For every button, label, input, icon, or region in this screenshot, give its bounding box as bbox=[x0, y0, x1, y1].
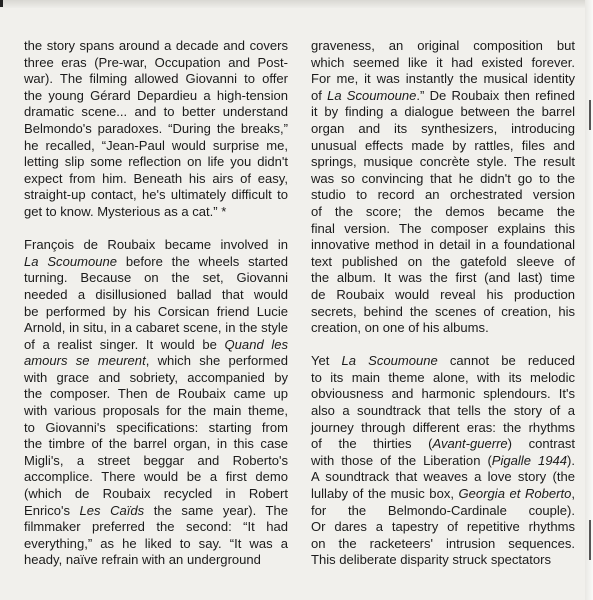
edge-mark bbox=[589, 100, 591, 130]
text-line: lullaby of the music box, Georgia et Rob… bbox=[311, 486, 575, 503]
text-line: straight-up contact, he's ultimately dif… bbox=[24, 187, 288, 204]
text-line: the timbre of the barrel organ, in this … bbox=[24, 436, 288, 453]
paragraph: François de Roubaix became involved inLa… bbox=[24, 237, 288, 569]
scan-left-edge bbox=[0, 0, 3, 7]
text-line: Belmondo's paradoxes. “During the breaks… bbox=[24, 121, 288, 138]
text-line: be performed by his Corsican friend Luci… bbox=[24, 304, 288, 321]
text-line: with those of the Liberation (Pigalle 19… bbox=[311, 453, 575, 470]
text-line: turning. Because on the set, Giovanni bbox=[24, 270, 288, 287]
paragraph-gap bbox=[24, 221, 288, 238]
text-line: studio to record an orchestrated version bbox=[311, 187, 575, 204]
text-line: with grace and sobriety, accompanied by bbox=[24, 370, 288, 387]
text-line: needed a disillusioned ballad that would bbox=[24, 287, 288, 304]
text-line: expect from him. Beneath his airs of eas… bbox=[24, 171, 288, 188]
text-line: also a soundtrack that tells the story o… bbox=[311, 403, 575, 420]
text-line: Migli's, a street beggar and Roberto's bbox=[24, 453, 288, 470]
paragraph: Yet La Scoumoune cannot be reducedto its… bbox=[311, 353, 575, 569]
text-line: three eras (Pre-war, Occupation and Post… bbox=[24, 55, 288, 72]
text-line: everything,” as he liked to say. “It was… bbox=[24, 536, 288, 553]
text-line: the album. It was the first (and last) t… bbox=[311, 270, 575, 287]
text-line: the composer. Then de Roubaix came up bbox=[24, 386, 288, 403]
text-line: he recalled, “Jean-Paul would surprise m… bbox=[24, 138, 288, 155]
text-line: Or dares a tapestry of repetitive rhythm… bbox=[311, 519, 575, 536]
text-line: Enrico's Les Caïds the same year). The bbox=[24, 503, 288, 520]
text-line: journey through different eras: the rhyt… bbox=[311, 420, 575, 437]
text-line: Arnold, in situ, in a cabaret scene, in … bbox=[24, 320, 288, 337]
text-line: obviousness and harmonic splendours. It'… bbox=[311, 386, 575, 403]
text-line: unusual effects made by rattles, files a… bbox=[311, 138, 575, 155]
text-line: secrets, behind the scenes of creation, … bbox=[311, 304, 575, 321]
text-line: amours se meurent, which she performed bbox=[24, 353, 288, 370]
text-line: get to know. Mysterious as a cat.” * bbox=[24, 204, 288, 221]
text-line: dramatic scene... and to better understa… bbox=[24, 104, 288, 121]
text-line: it by finding a dialogue between the bar… bbox=[311, 104, 575, 121]
paragraph-gap bbox=[311, 337, 575, 354]
text-line: final version. The composer explains thi… bbox=[311, 221, 575, 238]
text-line: Yet La Scoumoune cannot be reduced bbox=[311, 353, 575, 370]
text-line: of the score; the demos became the bbox=[311, 204, 575, 221]
text-line: accomplice. There would be a first demo bbox=[24, 469, 288, 486]
text-line: for the Belmondo-Cardinale couple). bbox=[311, 503, 575, 520]
right-column: graveness, an original composition butwh… bbox=[311, 38, 575, 569]
text-line: François de Roubaix became involved in bbox=[24, 237, 288, 254]
scan-top-shadow bbox=[0, 0, 593, 8]
text-line: de Roubaix would reveal his production bbox=[311, 287, 575, 304]
text-line: of the thirties (Avant-guerre) contrast bbox=[311, 436, 575, 453]
text-line: of a realist singer. It would be Quand l… bbox=[24, 337, 288, 354]
left-column: the story spans around a decade and cove… bbox=[24, 38, 288, 569]
text-line: on the racketeers' intrusion sequences. bbox=[311, 536, 575, 553]
text-line: innovative method in detail in a foundat… bbox=[311, 237, 575, 254]
text-line: letting slip some reflection on life you… bbox=[24, 154, 288, 171]
text-line: with various proposals for the main them… bbox=[24, 403, 288, 420]
text-line: to its main theme alone, with its melodi… bbox=[311, 370, 575, 387]
text-line: La Scoumoune before the wheels started bbox=[24, 254, 288, 271]
paragraph: the story spans around a decade and cove… bbox=[24, 38, 288, 221]
text-line: of La Scoumoune.” De Roubaix then refine… bbox=[311, 88, 575, 105]
text-line: organ and its synthesizers, introducing bbox=[311, 121, 575, 138]
text-line: (which de Roubaix recycled in Robert bbox=[24, 486, 288, 503]
text-line: graveness, an original composition but bbox=[311, 38, 575, 55]
text-line: heady, naïve refrain with an underground bbox=[24, 552, 288, 569]
text-line: the story spans around a decade and cove… bbox=[24, 38, 288, 55]
text-line: text published on the gatefold sleeve of bbox=[311, 254, 575, 271]
text-line: the young Gérard Depardieu a high-tensio… bbox=[24, 88, 288, 105]
text-line: was so convincing that he didn't go to t… bbox=[311, 171, 575, 188]
paragraph: graveness, an original composition butwh… bbox=[311, 38, 575, 337]
scan-right-edge bbox=[585, 0, 593, 600]
edge-mark bbox=[589, 520, 591, 560]
text-line: which seemed like it had existed forever… bbox=[311, 55, 575, 72]
text-line: This deliberate disparity struck spectat… bbox=[311, 552, 575, 569]
text-line: For me, it was instantly the musical ide… bbox=[311, 71, 575, 88]
text-line: creation, on one of his albums. bbox=[311, 320, 575, 337]
text-line: springs, musique concrète style. The res… bbox=[311, 154, 575, 171]
text-line: A soundtrack that weaves a love story (t… bbox=[311, 469, 575, 486]
text-line: filmmaker preferred the second: “It had bbox=[24, 519, 288, 536]
text-line: to Giovanni's specifications: starting f… bbox=[24, 420, 288, 437]
text-line: war). The filming allowed Giovanni to of… bbox=[24, 71, 288, 88]
